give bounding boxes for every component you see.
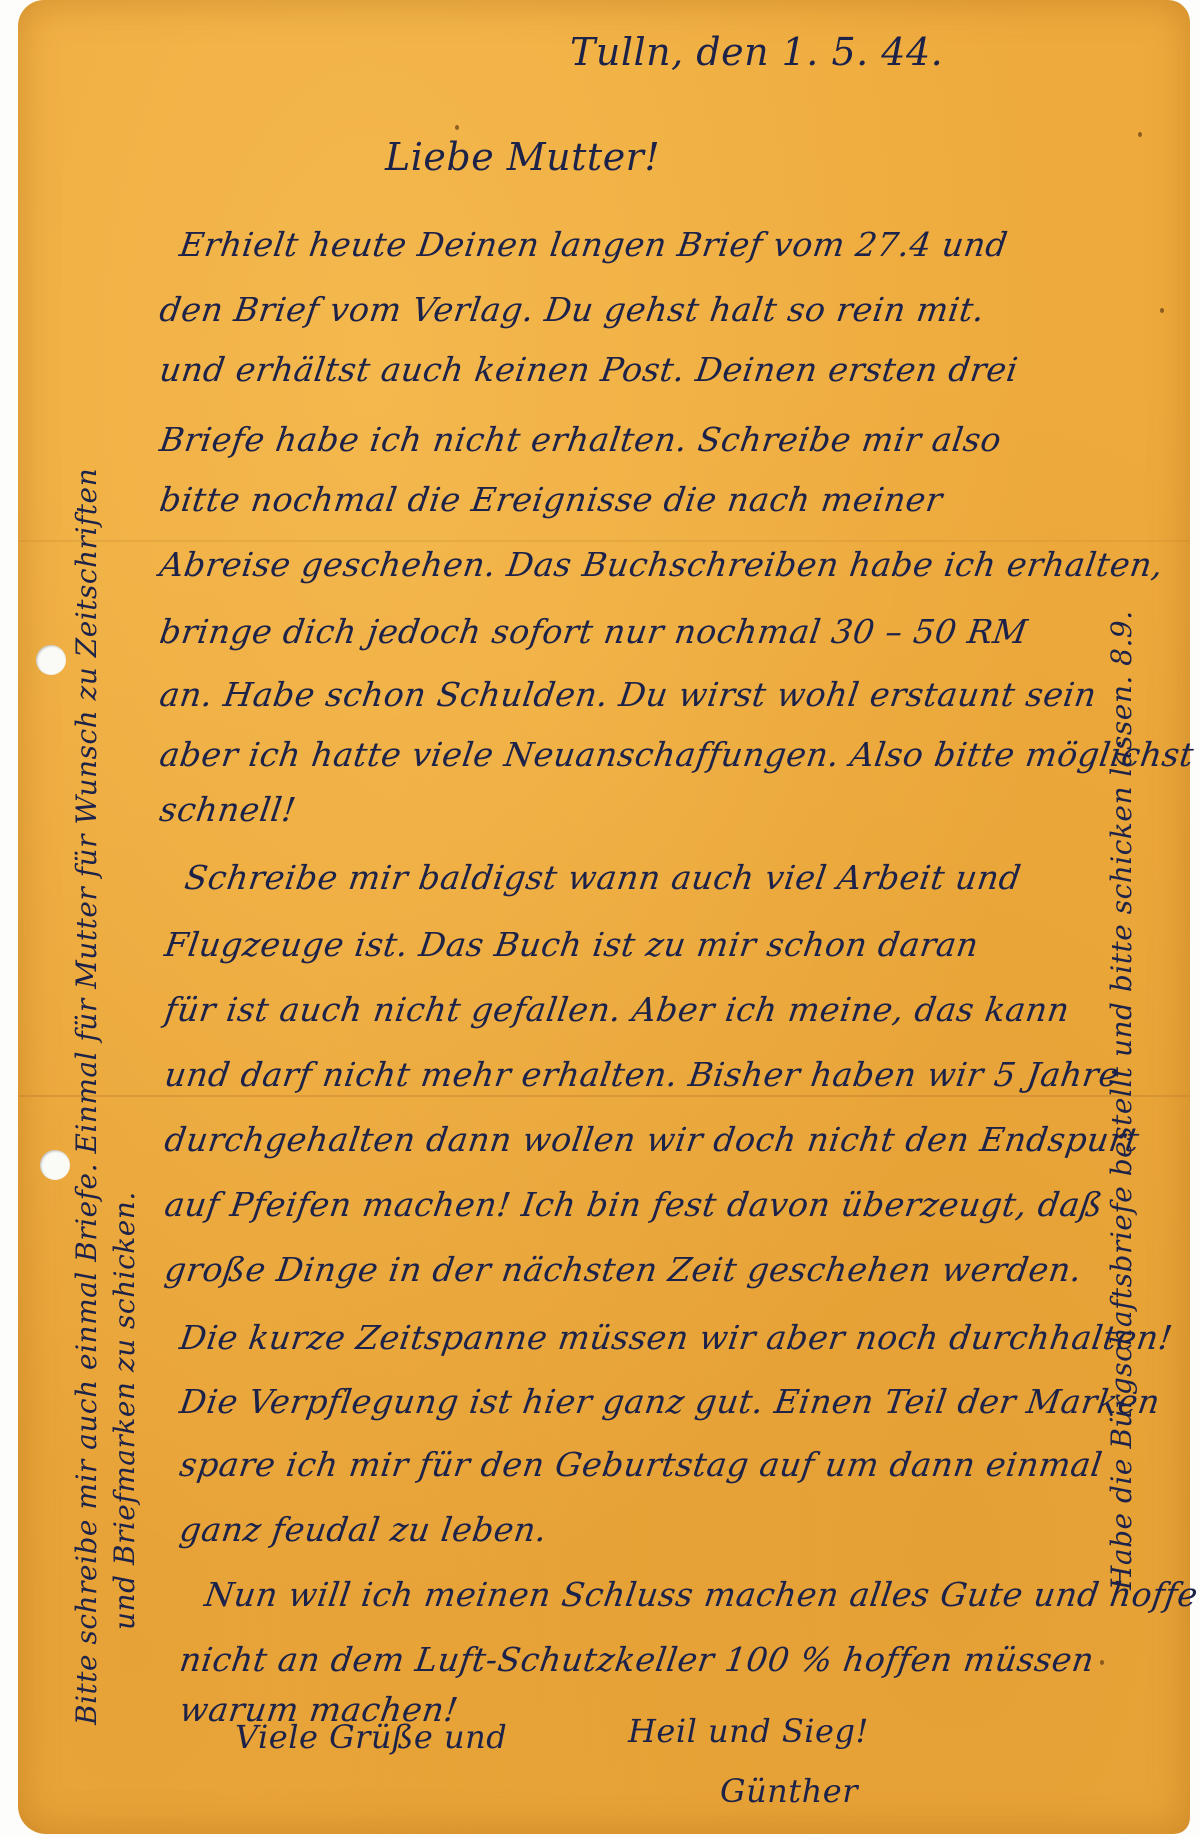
letter-line: Die kurze Zeitspanne müssen wir aber noc…	[177, 1318, 1175, 1357]
paper-speck	[1100, 1660, 1104, 1665]
letter-line: Erhielt heute Deinen langen Brief vom 27…	[177, 225, 1010, 264]
margin-note-left-inner: und Briefmarken zu schicken.	[108, 1191, 141, 1630]
letter-line: Abreise geschehen. Das Buchschreiben hab…	[157, 545, 1166, 584]
letter-line: Flugzeuge ist. Das Buch ist zu mir schon…	[162, 925, 981, 964]
letter-line: Die Verpflegung ist hier ganz gut. Einen…	[177, 1382, 1162, 1421]
punch-hole-bottom	[40, 1150, 70, 1180]
letter-line: und darf nicht mehr erhalten. Bisher hab…	[162, 1055, 1121, 1094]
paper-fold-line	[18, 1095, 1190, 1097]
punch-hole-top	[36, 645, 66, 675]
letter-line: nicht an dem Luft-Schutzkeller 100 % hof…	[177, 1640, 1096, 1679]
margin-note-right: Habe die Bürgschaftsbriefe bestellt und …	[1105, 610, 1138, 1590]
letter-line: den Brief vom Verlag. Du gehst halt so r…	[157, 290, 987, 329]
letter-line: durchgehalten dann wollen wir doch nicht…	[162, 1120, 1142, 1159]
letter-line: aber ich hatte viele Neuanschaffungen. A…	[157, 735, 1196, 774]
salutation: Liebe Mutter!	[385, 135, 660, 179]
letter-line: große Dinge in der nächsten Zeit gescheh…	[162, 1250, 1084, 1289]
letter-line: bitte nochmal die Ereignisse die nach me…	[157, 480, 945, 519]
letter-line: an. Habe schon Schulden. Du wirst wohl e…	[157, 675, 1099, 714]
letter-line: und erhältst auch keinen Post. Deinen er…	[157, 350, 1020, 389]
paper-speck	[455, 125, 459, 130]
margin-note-left-outer: Bitte schreibe mir auch einmal Briefe. E…	[70, 468, 103, 1725]
paper-speck	[1138, 132, 1142, 137]
date-line: Tulln, den 1. 5. 44.	[570, 30, 943, 74]
closing-line: Heil und Sieg!	[628, 1712, 869, 1750]
letter-line: ganz feudal zu leben.	[177, 1510, 549, 1549]
letter-paper	[18, 0, 1190, 1834]
letter-line: bringe dich jedoch sofort nur nochmal 30…	[157, 612, 1030, 651]
letter-line: spare ich mir für den Geburtstag auf um …	[177, 1445, 1105, 1484]
letter-line: auf Pfeifen machen! Ich bin fest davon ü…	[162, 1185, 1105, 1224]
letter-line: Nun will ich meinen Schluss machen alles…	[202, 1575, 1200, 1614]
closing-greeting: Viele Grüße und	[235, 1718, 507, 1756]
paper-crease	[18, 540, 1190, 542]
letter-line: für ist auch nicht gefallen. Aber ich me…	[162, 990, 1072, 1029]
signature: Günther	[720, 1772, 858, 1810]
letter-line: Schreibe mir baldigst wann auch viel Arb…	[182, 858, 1023, 897]
paper-speck	[1160, 308, 1164, 313]
letter-line: schnell!	[157, 790, 298, 829]
letter-line: Briefe habe ich nicht erhalten. Schreibe…	[157, 420, 1004, 459]
